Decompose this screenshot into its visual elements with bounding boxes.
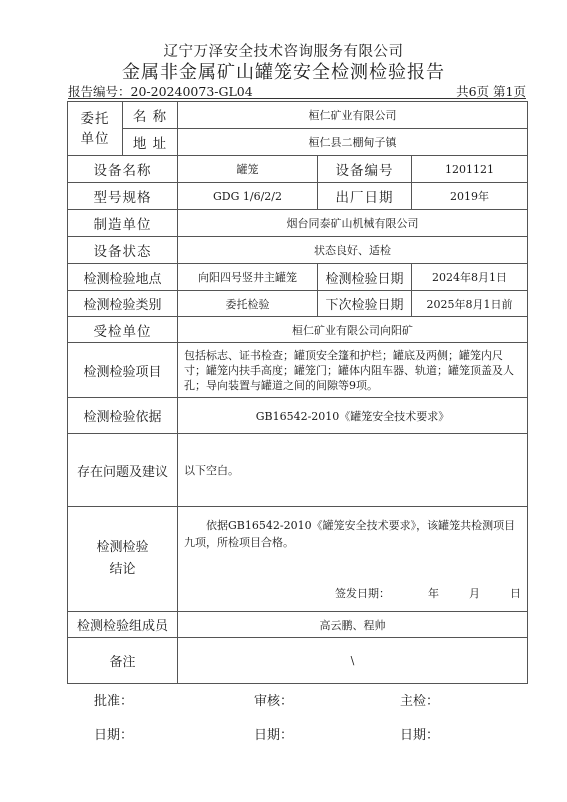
- manufacture-date-value: 2019年: [412, 183, 528, 210]
- issues-value: 以下空白。: [178, 434, 528, 507]
- conclusion-label-line1: 检测检验: [68, 537, 177, 559]
- issue-month: 月: [469, 585, 480, 601]
- review-date-label: 日期：: [254, 724, 293, 743]
- model-value: GDG 1/6/2/2: [178, 183, 318, 210]
- report-table: 委托 单位 名 称 桓仁矿业有限公司 地 址 桓仁县二棚甸子镇 设备名称 罐笼 …: [67, 101, 528, 684]
- type-label: 检测检验类别: [68, 291, 178, 317]
- equipment-no-label: 设备编号: [318, 156, 412, 183]
- client-address-value: 桓仁县二棚甸子镇: [178, 129, 528, 156]
- inspected-unit-value: 桓仁矿业有限公司向阳矿: [178, 317, 528, 343]
- team-label: 检测检验组成员: [68, 612, 178, 638]
- basis-value: GB16542-2010《罐笼安全技术要求》: [178, 398, 528, 434]
- report-number-label: 报告编号：: [68, 84, 131, 99]
- client-group-label: 委托 单位: [68, 102, 123, 156]
- team-value: 高云鹏、程帅: [178, 612, 528, 638]
- type-value: 委托检验: [178, 291, 318, 317]
- equipment-name-value: 罐笼: [178, 156, 318, 183]
- equipment-name-label: 设备名称: [68, 156, 178, 183]
- status-label: 设备状态: [68, 237, 178, 264]
- conclusion-label-line2: 结论: [68, 559, 177, 581]
- chief-inspector-label: 主检：: [400, 690, 439, 709]
- approve-date-label: 日期：: [94, 724, 133, 743]
- inspection-date-value: 2024年8月1日: [412, 264, 528, 291]
- equipment-no-value: 1201121: [412, 156, 528, 183]
- client-address-label: 地 址: [123, 129, 178, 156]
- report-info-line: 报告编号：20-20240073-GL04 共6页 第1页: [68, 82, 526, 99]
- issue-day: 日: [510, 585, 521, 601]
- items-label: 检测检验项目: [68, 343, 178, 398]
- issue-date: 签发日期：年月日: [335, 585, 521, 601]
- conclusion-text: 依据GB16542-2010《罐笼安全技术要求》，该罐笼共检测项目九项，所检项目…: [184, 517, 521, 551]
- location-label: 检测检验地点: [68, 264, 178, 291]
- client-name-value: 桓仁矿业有限公司: [178, 102, 528, 129]
- next-date-value: 2025年8月1日前: [412, 291, 528, 317]
- manufacture-date-label: 出厂日期: [318, 183, 412, 210]
- page-count: 共6页 第1页: [456, 82, 526, 100]
- remarks-value: \: [178, 638, 528, 684]
- client-name-label: 名 称: [123, 102, 178, 129]
- issue-date-label: 签发日期：: [335, 585, 390, 601]
- manufacturer-label: 制造单位: [68, 210, 178, 237]
- issues-label: 存在问题及建议: [68, 434, 178, 507]
- manufacturer-value: 烟台同泰矿山机械有限公司: [178, 210, 528, 237]
- report-title: 金属非金属矿山罐笼安全检测检验报告: [0, 58, 567, 84]
- report-number: 报告编号：20-20240073-GL04: [68, 82, 253, 100]
- next-date-label: 下次检验日期: [318, 291, 412, 317]
- items-value: 包括标志、证书检查；罐顶安全篷和护栏；罐底及两侧；罐笼内尺寸；罐笼内扶手高度；罐…: [178, 343, 528, 398]
- issue-year: 年: [428, 585, 439, 601]
- chief-date-label: 日期：: [400, 724, 439, 743]
- model-label: 型号规格: [68, 183, 178, 210]
- conclusion-cell: 依据GB16542-2010《罐笼安全技术要求》，该罐笼共检测项目九项，所检项目…: [178, 507, 528, 612]
- conclusion-label: 检测检验 结论: [68, 507, 178, 612]
- report-number-value: 20-20240073-GL04: [131, 84, 253, 99]
- location-value: 向阳四号竖井主罐笼: [178, 264, 318, 291]
- review-label: 审核：: [254, 690, 293, 709]
- status-value: 状态良好、适检: [178, 237, 528, 264]
- inspected-unit-label: 受检单位: [68, 317, 178, 343]
- basis-label: 检测检验依据: [68, 398, 178, 434]
- approve-label: 批准：: [94, 690, 133, 709]
- client-group-text: 委托 单位: [81, 111, 110, 147]
- remarks-label: 备注: [68, 638, 178, 684]
- inspection-date-label: 检测检验日期: [318, 264, 412, 291]
